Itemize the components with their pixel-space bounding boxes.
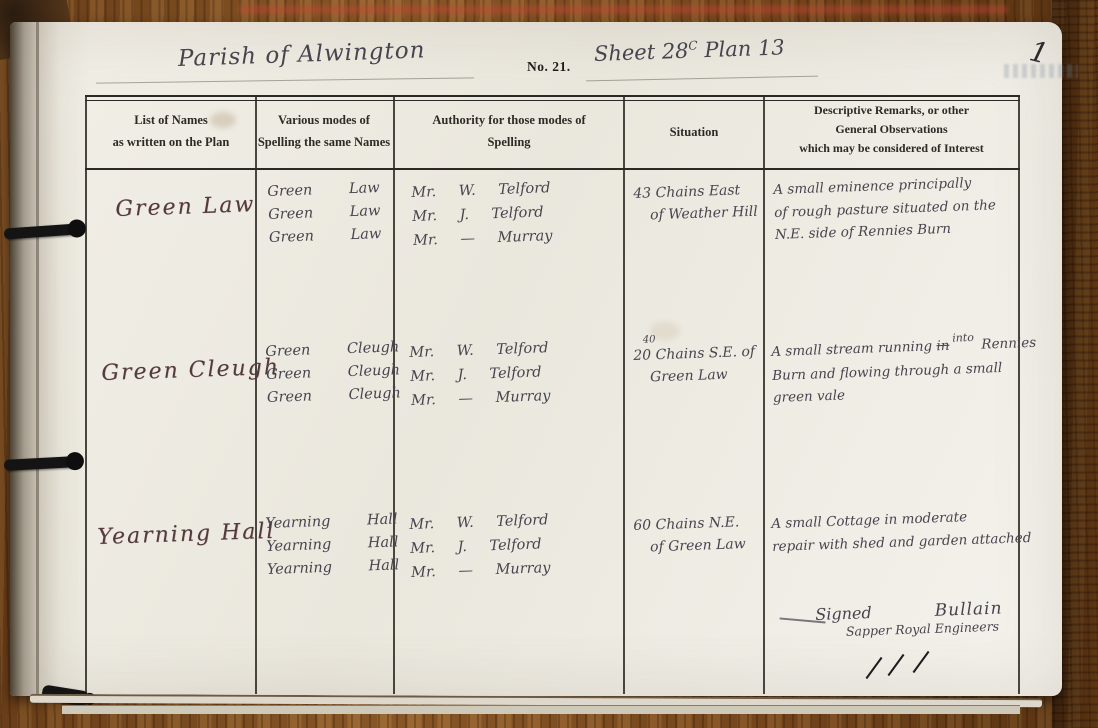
column-header: Various modes of Spelling the same Names (255, 109, 393, 153)
entry-name: Green Law (115, 192, 256, 222)
parish-title: Parish of Alwington (178, 37, 426, 72)
plan-label: Plan 13 (704, 35, 785, 62)
column-authority: Authority for those modes of Spelling Mr… (395, 95, 625, 694)
page-stack-edge (62, 705, 1020, 714)
header-underline (586, 76, 818, 82)
header-underline (96, 77, 474, 83)
column-header: List of Names as written on the Plan (87, 109, 255, 153)
faded-stamp (1004, 64, 1078, 78)
column-remarks: Descriptive Remarks, or other General Ob… (765, 95, 1020, 694)
column-spellings: Various modes of Spelling the same Names… (255, 95, 395, 694)
entry-name: Green Cleugh (101, 355, 280, 386)
situation-correction-note: 40 (642, 329, 655, 351)
name-book-table: List of Names as written on the Plan Gre… (85, 95, 1020, 694)
spelling-list: Yearning Hall Yearning Hall Yearning Hal… (265, 508, 400, 582)
signature-name: Bullain (934, 598, 1003, 620)
situation-text: 43 Chains East of Weather Hill (633, 179, 758, 227)
binding-spine (10, 22, 90, 696)
column-header: Situation (625, 121, 763, 143)
spine-crease (36, 22, 39, 696)
situation-text: 60 Chains N.E. of Green Law (633, 511, 746, 559)
remarks-text: A small stream running ininto Rennies Bu… (771, 332, 1038, 410)
inserted-word: into (952, 331, 974, 345)
column-list-of-names: List of Names as written on the Plan Gre… (85, 95, 257, 694)
authority-list: Mr. W. Telford Mr. J. Telford Mr. — Murr… (411, 176, 553, 253)
remarks-text: A small eminence principally of rough pa… (773, 171, 997, 246)
situation-text: 40 20 Chains S.E. of Green Law (633, 341, 756, 389)
red-page-edge (238, 5, 1008, 14)
pen-stroke (913, 651, 930, 673)
authority-list: Mr. W. Telford Mr. J. Telford Mr. — Murr… (409, 336, 551, 413)
pen-stroke (888, 654, 905, 676)
spelling-list: Green Cleugh Green Cleugh Green Cleugh (265, 336, 401, 410)
remarks-text: A small Cottage in moderate repair with … (771, 504, 1032, 558)
signature-block: Signed Bullain Sapper Royal Engineers (815, 598, 1003, 640)
column-situation: Situation 43 Chains East of Weather Hill… (625, 95, 765, 694)
sheet-plan-title: Sheet 28C Plan 13 (594, 35, 786, 66)
struck-word: in (936, 338, 950, 354)
sheet-label: Sheet 28 (594, 39, 689, 66)
pen-stroke (866, 657, 883, 679)
spelling-list: Green Law Green Law Green Law (267, 177, 382, 250)
authority-list: Mr. W. Telford Mr. J. Telford Mr. — Murr… (409, 508, 551, 585)
column-header: Authority for those modes of Spelling (395, 109, 623, 153)
document-page: Parish of Alwington No. 21. Sheet 28C Pl… (10, 22, 1062, 696)
sheet-superscript: C (688, 38, 698, 52)
book-number: No. 21. (527, 59, 571, 75)
scanned-name-book-page: Parish of Alwington No. 21. Sheet 28C Pl… (0, 0, 1098, 728)
column-header: Descriptive Remarks, or other General Ob… (765, 101, 1018, 158)
entry-name: Yearning Hall (97, 519, 276, 550)
